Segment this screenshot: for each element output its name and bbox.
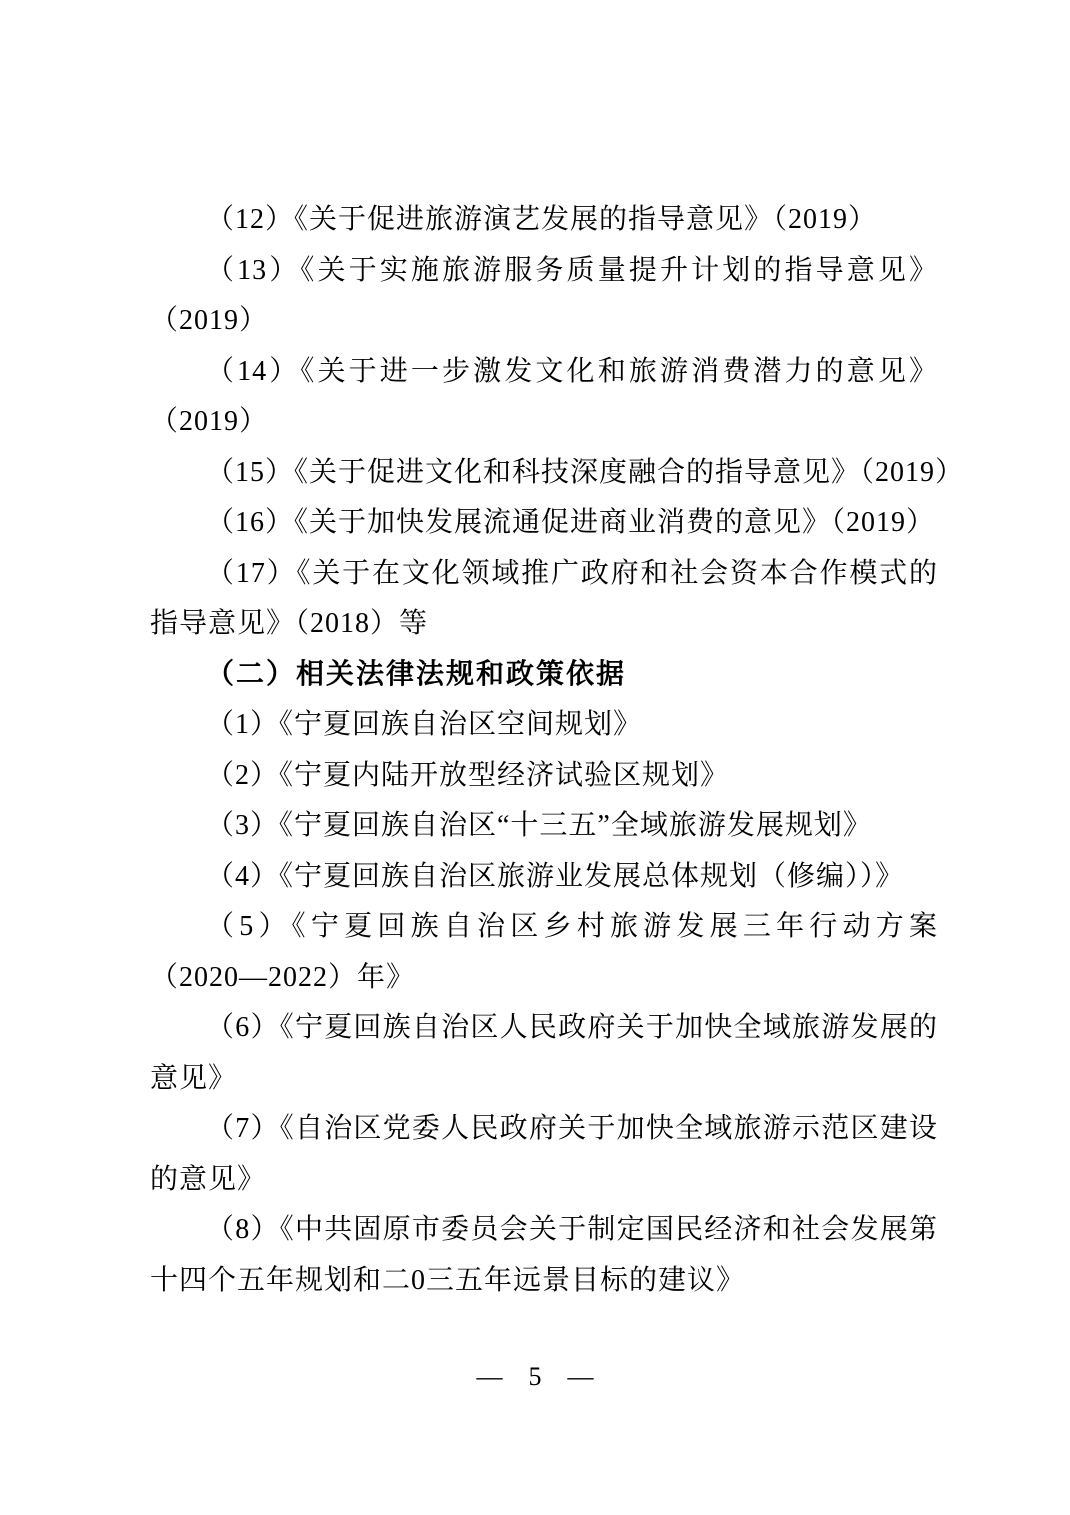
document-line: （8）《中共固原市委员会关于制定国民经济和社会发展第 [150, 1205, 938, 1256]
document-line: （17）《关于在文化领域推广政府和社会资本合作模式的 [150, 549, 938, 600]
document-line: （14）《关于进一步激发文化和旅游消费潜力的意见》 [150, 347, 938, 398]
document-line: （4）《宁夏回族自治区旅游业发展总体规划（修编））》 [150, 852, 938, 903]
page-number: 5 [529, 1360, 542, 1394]
document-line: （16）《关于加快发展流通促进商业消费的意见》（2019） [150, 498, 938, 549]
document-line: （5）《宁夏回族自治区乡村旅游发展三年行动方案 [150, 902, 938, 953]
document-line: （2019） [150, 397, 938, 448]
document-line: 的意见》 [150, 1155, 938, 1206]
section-heading: （二）相关法律法规和政策依据 [150, 650, 938, 701]
document-line: （2）《宁夏内陆开放型经济试验区规划》 [150, 751, 938, 802]
document-line: （12）《关于促进旅游演艺发展的指导意见》（2019） [150, 195, 938, 246]
document-line: 意见》 [150, 1054, 938, 1105]
document-line: （1）《宁夏回族自治区空间规划》 [150, 700, 938, 751]
document-text-block: （12）《关于促进旅游演艺发展的指导意见》（2019） （13）《关于实施旅游服… [150, 195, 938, 1306]
document-line: （6）《宁夏回族自治区人民政府关于加快全域旅游发展的 [150, 1003, 938, 1054]
page-footer: — 5 — [0, 1360, 1070, 1394]
footer-dash-left: — [477, 1360, 503, 1394]
document-page: （12）《关于促进旅游演艺发展的指导意见》（2019） （13）《关于实施旅游服… [0, 0, 1070, 1515]
document-line: （2019） [150, 296, 938, 347]
document-line: （15）《关于促进文化和科技深度融合的指导意见》（2019） [150, 448, 938, 499]
footer-dash-right: — [568, 1360, 594, 1394]
document-line: （13）《关于实施旅游服务质量提升计划的指导意见》 [150, 246, 938, 297]
document-line: 十四个五年规划和二0三五年远景目标的建议》 [150, 1256, 938, 1307]
document-line: （7）《自治区党委人民政府关于加快全域旅游示范区建设 [150, 1104, 938, 1155]
document-line: （2020—2022）年》 [150, 953, 938, 1004]
document-line: （3）《宁夏回族自治区“十三五”全域旅游发展规划》 [150, 801, 938, 852]
document-line: 指导意见》（2018）等 [150, 599, 938, 650]
